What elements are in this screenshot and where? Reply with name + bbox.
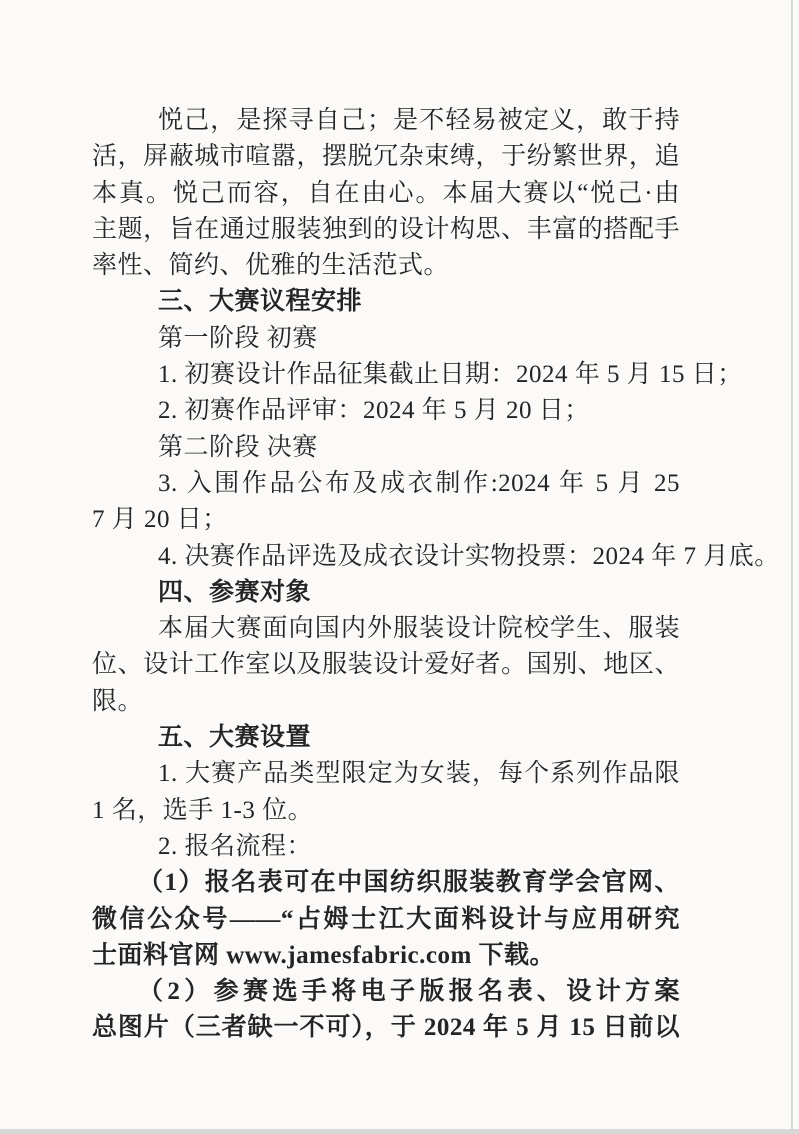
text-line: （1）报名表可在中国纺织服装教育学会官网、大赛官方 xyxy=(92,865,680,901)
text-line: （2）参赛选手将电子版报名表、设计方案 PPT、作品汇 xyxy=(92,974,680,1010)
text-line: 2. 报名流程： xyxy=(92,829,680,865)
text-line: 3. 入围作品公布及成衣制作:2024 年 5 月 25 日-2024 年 xyxy=(92,466,680,502)
section-heading: 五、大赛设置 xyxy=(92,720,680,756)
text-line: 2. 初赛作品评审：2024 年 5 月 20 日； xyxy=(92,393,680,429)
text-line: 本真。悦己而容，自在由心。本届大赛以“悦己·由心”为 xyxy=(92,176,680,212)
text-line: 7 月 20 日； xyxy=(92,502,680,538)
text-line: 悦己，是探寻自己；是不轻易被定义，敢于持续探索生 xyxy=(92,103,680,139)
text-line: 第一阶段 初赛 xyxy=(92,321,680,357)
text-line: 4. 决赛作品评选及成衣设计实物投票：2024 年 7 月底。 xyxy=(92,539,680,575)
text-line: 1. 初赛设计作品征集截止日期：2024 年 5 月 15 日； xyxy=(92,357,680,393)
document-body: 悦己，是探寻自己；是不轻易被定义，敢于持续探索生 活，屏蔽城市喧嚣，摆脱冗杂束缚… xyxy=(92,103,680,1047)
scan-edge-right xyxy=(791,0,793,1134)
text-line: 率性、简约、优雅的生活范式。 xyxy=(92,248,680,284)
text-line: 本届大赛面向国内外服装设计院校学生、服装企事业单 xyxy=(92,611,680,647)
text-line: 微信公众号——“占姆士江大面料设计与应用研究所”、占姆 xyxy=(92,902,680,938)
text-line: 总图片（三者缺一不可），于 2024 年 5 月 15 日前以压缩包 xyxy=(92,1010,680,1046)
text-line: 位、设计工作室以及服装设计爱好者。国别、地区、年龄不 xyxy=(92,647,680,683)
text-line: 活，屏蔽城市喧嚣，摆脱冗杂束缚，于纷繁世界，追逐自然 xyxy=(92,139,680,175)
text-line-with-url: 士面料官网 www.jamesfabric.com 下载。 xyxy=(92,938,680,974)
text-line: 1. 大赛产品类型限定为女装，每个系列作品限指导教师 xyxy=(92,756,680,792)
text-line: 第二阶段 决赛 xyxy=(92,430,680,466)
scan-edge-bottom xyxy=(0,1129,799,1134)
text-line: 1 名，选手 1-3 位。 xyxy=(92,793,680,829)
section-heading: 四、参赛对象 xyxy=(92,575,680,611)
text-line: 主题，旨在通过服装独到的设计构思、丰富的搭配手段塑造 xyxy=(92,212,680,248)
text-line: 限。 xyxy=(92,684,680,720)
section-heading: 三、大赛议程安排 xyxy=(92,284,680,320)
scanned-document-page: 悦己，是探寻自己；是不轻易被定义，敢于持续探索生 活，屏蔽城市喧嚣，摆脱冗杂束缚… xyxy=(0,0,799,1134)
